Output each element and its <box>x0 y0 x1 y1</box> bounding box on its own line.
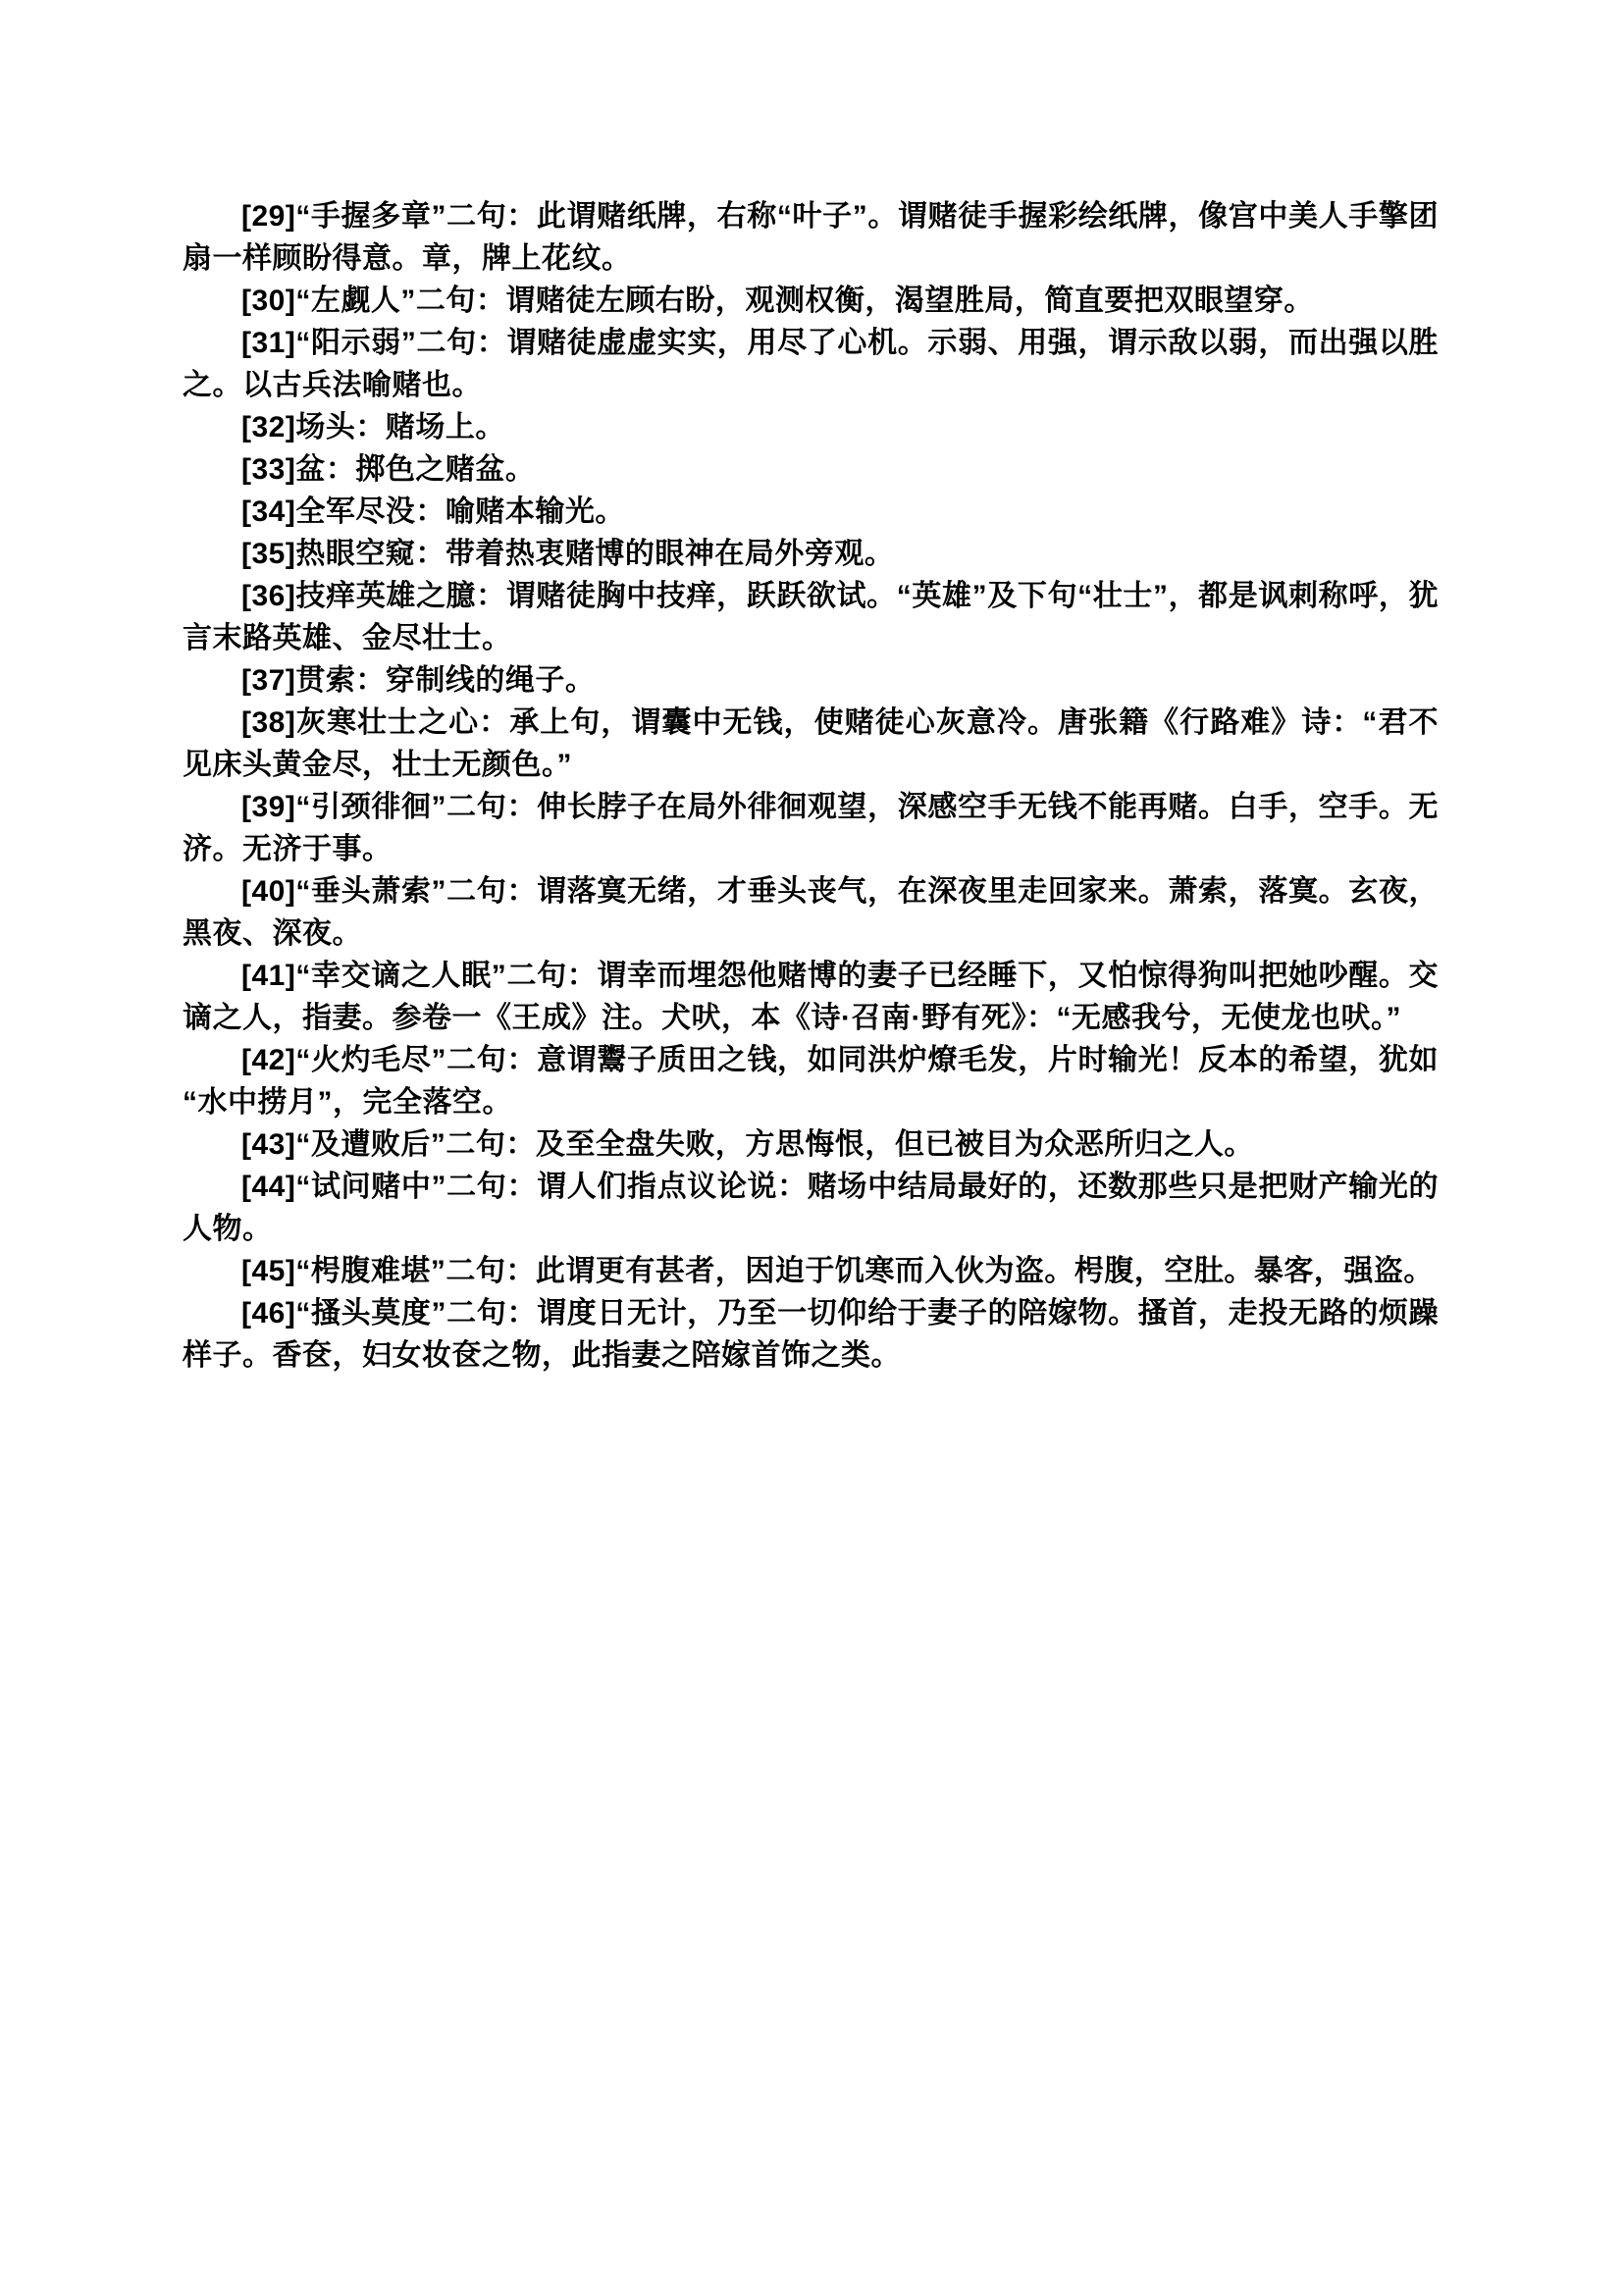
footnote-marker: [36] <box>241 580 295 612</box>
footnote-text: “幸交谪之人眠”二句：谓幸而埋怨他赌博的妻子已经睡下，又怕惊得狗叫把她吵醒。交谪… <box>183 960 1439 1034</box>
footnote-text: 场头：赌场上。 <box>295 411 505 443</box>
footnote-marker: [31] <box>241 327 295 359</box>
footnote-31: [31]“阳示弱”二句：谓赌徒虚虚实实，用尽了心机。示弱、用强，谓示敌以弱，而出… <box>183 322 1439 406</box>
footnote-marker: [39] <box>241 791 295 823</box>
footnote-marker: [43] <box>241 1128 295 1161</box>
footnote-text: “搔头莫度”二句：谓度日无计，乃至一切仰给于妻子的陪嫁物。搔首，走投无路的烦躁样… <box>183 1297 1439 1372</box>
footnote-42: [42]“火灼毛尽”二句：意谓鬻子质田之钱，如同洪炉燎毛发，片时输光！反本的希望… <box>183 1039 1439 1123</box>
footnote-40: [40]“垂头萧索”二句：谓落寞无绪，才垂头丧气，在深夜里走回家来。萧索，落寞。… <box>183 870 1439 955</box>
footnote-38: [38]灰寒壮士之心：承上句，谓囊中无钱，使赌徒心灰意冷。唐张籍《行路难》诗：“… <box>183 702 1439 786</box>
footnote-text: “枵腹难堪”二句：此谓更有甚者，因迫于饥寒而入伙为盗。枵腹，空肚。暴客，强盗。 <box>295 1255 1434 1287</box>
document-page: [29]“手握多章”二句：此谓赌纸牌，右称“叶子”。谓赌徒手握彩绘纸牌，像宫中美… <box>0 0 1624 2294</box>
footnote-marker: [32] <box>241 411 295 443</box>
footnote-32: [32]场头：赌场上。 <box>183 406 1439 448</box>
footnote-34: [34]全军尽没：喻赌本输光。 <box>183 491 1439 533</box>
footnote-marker: [34] <box>241 495 295 528</box>
footnote-text: “引颈徘徊”二句：伸长脖子在局外徘徊观望，深感空手无钱不能再赌。白手，空手。无济… <box>183 791 1439 865</box>
footnote-marker: [46] <box>241 1297 295 1329</box>
footnote-text: “火灼毛尽”二句：意谓鬻子质田之钱，如同洪炉燎毛发，片时输光！反本的希望，犹如“… <box>183 1044 1439 1119</box>
footnote-35: [35]热眼空窥：带着热衷赌博的眼神在局外旁观。 <box>183 533 1439 575</box>
footnote-text: 技痒英雄之臆：谓赌徒胸中技痒，跃跃欲试。“英雄”及下句“壮士”，都是讽刺称呼，犹… <box>183 580 1439 654</box>
footnote-33: [33]盆：掷色之赌盆。 <box>183 448 1439 491</box>
footnote-marker: [29] <box>241 200 295 233</box>
footnote-text: 盆：掷色之赌盆。 <box>295 453 535 486</box>
footnote-marker: [33] <box>241 453 295 486</box>
footnote-29: [29]“手握多章”二句：此谓赌纸牌，右称“叶子”。谓赌徒手握彩绘纸牌，像宫中美… <box>183 195 1439 280</box>
footnote-text: “阳示弱”二句：谓赌徒虚虚实实，用尽了心机。示弱、用强，谓示敌以弱，而出强以胜之… <box>183 327 1439 401</box>
footnote-43: [43]“及遭败后”二句：及至全盘失败，方思悔恨，但已被目为众恶所归之人。 <box>183 1123 1439 1166</box>
footnote-text: “垂头萧索”二句：谓落寞无绪，才垂头丧气，在深夜里走回家来。萧索，落寞。玄夜，黑… <box>183 875 1439 950</box>
footnote-marker: [44] <box>241 1171 295 1203</box>
footnote-marker: [37] <box>241 664 295 697</box>
footnote-text: 灰寒壮士之心：承上句，谓囊中无钱，使赌徒心灰意冷。唐张籍《行路难》诗：“君不见床… <box>183 706 1439 781</box>
footnote-46: [46]“搔头莫度”二句：谓度日无计，乃至一切仰给于妻子的陪嫁物。搔首，走投无路… <box>183 1292 1439 1377</box>
footnote-36: [36]技痒英雄之臆：谓赌徒胸中技痒，跃跃欲试。“英雄”及下句“壮士”，都是讽刺… <box>183 575 1439 659</box>
footnote-text: “左觑人”二句：谓赌徒左顾右盼，观测权衡，渴望胜局，简直要把双眼望穿。 <box>295 285 1314 317</box>
footnote-41: [41]“幸交谪之人眠”二句：谓幸而埋怨他赌博的妻子已经睡下，又怕惊得狗叫把她吵… <box>183 955 1439 1039</box>
footnote-text: 热眼空窥：带着热衷赌博的眼神在局外旁观。 <box>295 538 894 570</box>
footnote-39: [39]“引颈徘徊”二句：伸长脖子在局外徘徊观望，深感空手无钱不能再赌。白手，空… <box>183 786 1439 870</box>
footnote-30: [30]“左觑人”二句：谓赌徒左顾右盼，观测权衡，渴望胜局，简直要把双眼望穿。 <box>183 280 1439 322</box>
footnote-marker: [45] <box>241 1255 295 1287</box>
footnote-37: [37]贯索：穿制线的绳子。 <box>183 659 1439 702</box>
footnote-marker: [38] <box>241 706 295 739</box>
footnote-text: “手握多章”二句：此谓赌纸牌，右称“叶子”。谓赌徒手握彩绘纸牌，像宫中美人手擎团… <box>183 200 1439 275</box>
footnote-45: [45]“枵腹难堪”二句：此谓更有甚者，因迫于饥寒而入伙为盗。枵腹，空肚。暴客，… <box>183 1250 1439 1292</box>
footnote-text: “及遭败后”二句：及至全盘失败，方思悔恨，但已被目为众恶所归之人。 <box>295 1128 1254 1161</box>
footnote-marker: [30] <box>241 285 295 317</box>
footnotes-block: [29]“手握多章”二句：此谓赌纸牌，右称“叶子”。谓赌徒手握彩绘纸牌，像宫中美… <box>183 195 1439 1377</box>
footnote-marker: [42] <box>241 1044 295 1076</box>
footnote-text: 贯索：穿制线的绳子。 <box>295 664 595 697</box>
footnote-marker: [40] <box>241 875 295 908</box>
footnote-marker: [41] <box>241 960 295 992</box>
footnote-text: “试问赌中”二句：谓人们指点议论说：赌场中结局最好的，还数那些只是把财产输光的人… <box>183 1171 1439 1245</box>
footnote-marker: [35] <box>241 538 295 570</box>
footnote-44: [44]“试问赌中”二句：谓人们指点议论说：赌场中结局最好的，还数那些只是把财产… <box>183 1166 1439 1250</box>
footnote-text: 全军尽没：喻赌本输光。 <box>295 495 625 528</box>
